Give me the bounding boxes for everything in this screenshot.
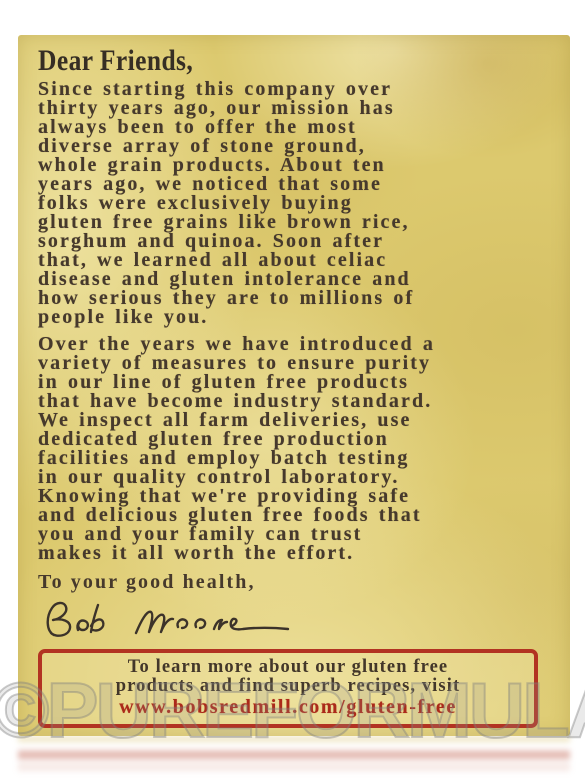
letter-paragraph-2: Over the years we have introduced a vari… [38, 335, 556, 563]
letter-paragraph-1: Since starting this company over thirty … [38, 80, 556, 327]
bag-reflection [18, 737, 570, 780]
promo-line-1: To learn more about our gluten free [42, 658, 534, 677]
letter-greeting: Dear Friends, [38, 45, 478, 77]
letter-panel: Dear Friends, Since starting this compan… [18, 35, 570, 736]
promo-url: www.bobsredmill.com/gluten-free [42, 696, 534, 718]
signature-handwriting [38, 595, 306, 643]
promo-box: To learn more about our gluten free prod… [38, 649, 538, 728]
product-bag: Dear Friends, Since starting this compan… [18, 35, 570, 736]
letter-closing: To your good health, [38, 571, 556, 593]
product-photo: { "letter": { "greeting": "Dear Friends,… [0, 0, 585, 780]
promo-line-2: products and find superb recipes, visit [42, 677, 534, 696]
